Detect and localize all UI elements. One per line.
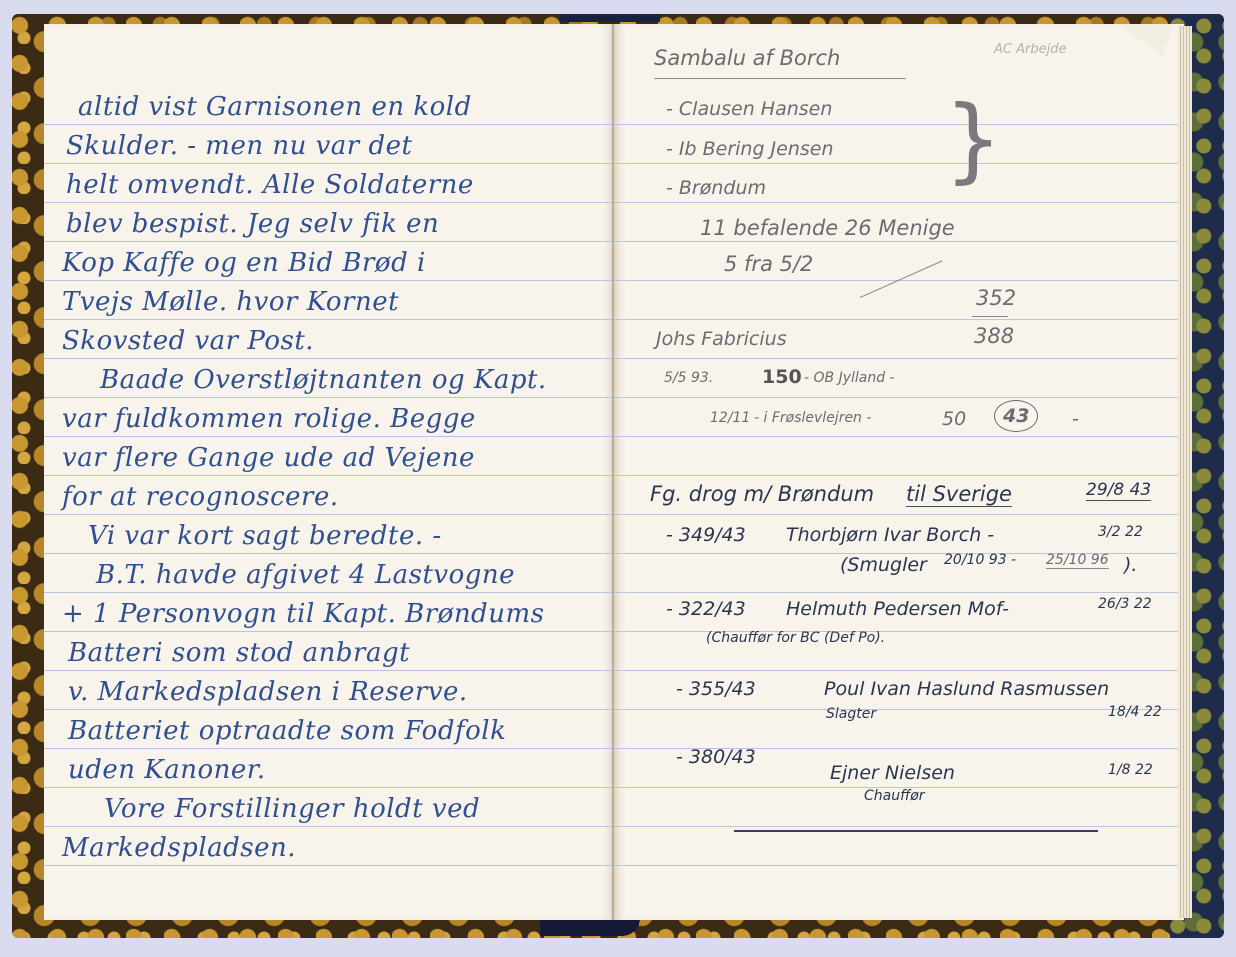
circled-number: 43 <box>994 400 1038 432</box>
name-list-item: - Ib Bering Jensen <box>666 138 834 160</box>
closing-rule <box>734 830 1098 832</box>
sweden-heading-date: 29/8 43 <box>1086 480 1151 501</box>
entry-sub: Slagter <box>826 706 876 722</box>
fabricius-name: Johs Fabricius <box>656 328 787 350</box>
handwritten-line: Batteri som stod anbragt <box>68 638 410 668</box>
handwritten-line: var fuldkommen rolige. Begge <box>62 404 476 434</box>
entry-sub-date: 20/10 93 - <box>944 552 1016 568</box>
summary-line-2: 5 fra 5/2 <box>724 252 813 276</box>
handwritten-line: + 1 Personvogn til Kapt. Brøndums <box>62 599 544 629</box>
handwritten-line: var flere Gange ude ad Vejene <box>62 443 475 473</box>
handwritten-line: for at recognoscere. <box>62 482 339 512</box>
sweden-heading-underlined: til Sverige <box>906 482 1012 507</box>
handwritten-line: altid vist Garnisonen en kold <box>78 92 472 122</box>
entry-number: - 355/43 <box>676 678 756 700</box>
name-list-item: - Brøndum <box>666 177 766 199</box>
handwritten-line: Batteriet optraadte som Fodfolk <box>68 716 506 746</box>
entry-name: Ejner Nielsen <box>830 762 955 784</box>
fabricius-date-1: 5/5 93. <box>664 370 713 386</box>
sweden-heading-prefix: Fg. drog m/ Brøndum <box>650 482 874 506</box>
handwritten-line: v. Markedspladsen i Reserve. <box>68 677 468 707</box>
notebook-spine-top <box>560 14 660 22</box>
handwritten-line: Vi var kort sagt beredte. - <box>88 521 442 551</box>
handwritten-line: Baade Overstløjtnanten og Kapt. <box>100 365 547 395</box>
handwritten-line: B.T. havde afgivet 4 Lastvogne <box>96 560 515 590</box>
page-edges <box>1178 26 1192 918</box>
handwritten-line: uden Kanoner. <box>68 755 266 785</box>
fabricius-amount-2: 50 <box>942 408 966 430</box>
fabricius-amount-1: 150 <box>762 366 802 388</box>
entry-sub: Chauffør <box>864 788 925 804</box>
page-header: Sambalu af Borch <box>654 46 840 70</box>
handwritten-line: Vore Forstillinger holdt ved <box>104 794 480 824</box>
circled-number-value: 43 <box>994 400 1038 432</box>
entry-name: Thorbjørn Ivar Borch - <box>786 524 994 546</box>
tally-bottom: 388 <box>974 324 1014 348</box>
tally-divider <box>972 316 1008 317</box>
entry-number: - 322/43 <box>666 598 746 620</box>
entry-sub-end: ). <box>1124 554 1137 576</box>
summary-line: 11 befalende 26 Menige <box>700 216 955 240</box>
entry-sub: (Smugler <box>840 554 927 576</box>
header-underline <box>654 78 906 79</box>
handwritten-line: Skulder. - men nu var det <box>66 131 412 161</box>
handwritten-line: helt omvendt. Alle Soldaterne <box>66 170 474 200</box>
fabricius-text-2: - i Frøslevlejren - <box>754 410 871 426</box>
entry-sub-date-2: 25/10 96 <box>1046 552 1109 569</box>
right-page: AC Arbejde Sambalu af Borch - Clausen Ha… <box>614 24 1184 920</box>
entry-number: - 349/43 <box>666 524 746 546</box>
entry-date: 18/4 22 <box>1108 704 1162 720</box>
fabricius-text-1: - OB Jylland - <box>804 370 895 386</box>
entry-date: 1/8 22 <box>1108 762 1153 778</box>
entry-name: Poul Ivan Haslund Rasmussen <box>824 678 1109 700</box>
corner-pencil-note: AC Arbejde <box>994 42 1066 57</box>
handwritten-line: blev bespist. Jeg selv fik en <box>66 209 439 239</box>
entry-date: 26/3 22 <box>1098 596 1152 612</box>
handwritten-line: Skovsted var Post. <box>62 326 314 356</box>
left-page: altid vist Garnisonen en kold Skulder. -… <box>44 24 614 920</box>
handwritten-line: Tvejs Mølle. hvor Kornet <box>62 287 399 317</box>
entry-number: - 380/43 <box>676 746 756 768</box>
entry-sub: (Chauffør for BC (Def Po). <box>706 630 885 646</box>
right-brace-icon: } <box>944 94 1003 186</box>
handwritten-line: Markedspladsen. <box>62 833 296 863</box>
name-list-item: - Clausen Hansen <box>666 98 832 120</box>
tally-top: 352 <box>976 286 1016 310</box>
fabricius-date-2: 12/11 <box>710 410 750 426</box>
notebook-spine-bottom <box>540 918 640 936</box>
handwritten-line: Kop Kaffe og en Bid Brød i <box>62 248 426 278</box>
entry-name: Helmuth Pedersen Mof- <box>786 598 1009 620</box>
entry-date: 3/2 22 <box>1098 524 1143 540</box>
trailing-dash: - <box>1072 408 1079 430</box>
